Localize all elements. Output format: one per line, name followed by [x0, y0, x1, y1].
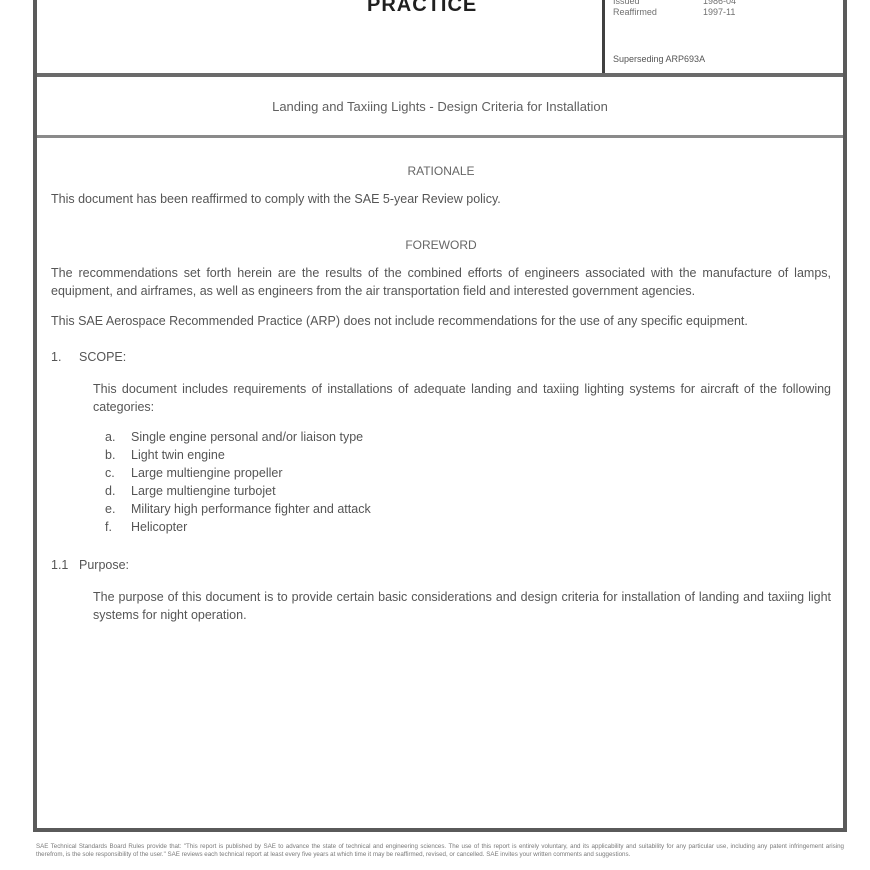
document-header: PRACTICE Issued1986-04 Reaffirmed1997-11…	[37, 0, 843, 77]
title-band: Landing and Taxiing Lights - Design Crit…	[37, 77, 843, 138]
document-body: RATIONALE This document has been reaffir…	[51, 146, 831, 636]
purpose-text: The purpose of this document is to provi…	[93, 588, 831, 624]
doc-type-label: PRACTICE	[367, 0, 477, 17]
list-item: a.Single engine personal and/or liaison …	[105, 428, 831, 446]
meta-reaffirmed: Reaffirmed1997-11	[613, 7, 735, 17]
foreword-heading: FOREWORD	[51, 236, 831, 254]
list-item: c.Large multiengine propeller	[105, 464, 831, 482]
document-frame: PRACTICE Issued1986-04 Reaffirmed1997-11…	[33, 0, 847, 832]
purpose-heading: 1.1Purpose:	[51, 556, 831, 574]
meta-issued: Issued1986-04	[613, 0, 736, 6]
category-list: a.Single engine personal and/or liaison …	[105, 428, 831, 536]
scope-text: This document includes requirements of i…	[93, 380, 831, 416]
scope-heading: 1.SCOPE:	[51, 348, 831, 366]
rationale-text: This document has been reaffirmed to com…	[51, 190, 831, 208]
document-title: Landing and Taxiing Lights - Design Crit…	[272, 99, 608, 114]
legal-footer: SAE Technical Standards Board Rules prov…	[36, 843, 844, 859]
header-meta: Issued1986-04 Reaffirmed1997-11 Supersed…	[602, 0, 846, 73]
list-item: e.Military high performance fighter and …	[105, 500, 831, 518]
header-left: PRACTICE	[37, 0, 602, 73]
list-item: f.Helicopter	[105, 518, 831, 536]
foreword-paragraph: This SAE Aerospace Recommended Practice …	[51, 312, 831, 330]
rationale-heading: RATIONALE	[51, 162, 831, 180]
foreword-paragraph: The recommendations set forth herein are…	[51, 264, 831, 300]
list-item: b.Light twin engine	[105, 446, 831, 464]
superseding-note: Superseding ARP693A	[613, 54, 705, 64]
list-item: d.Large multiengine turbojet	[105, 482, 831, 500]
